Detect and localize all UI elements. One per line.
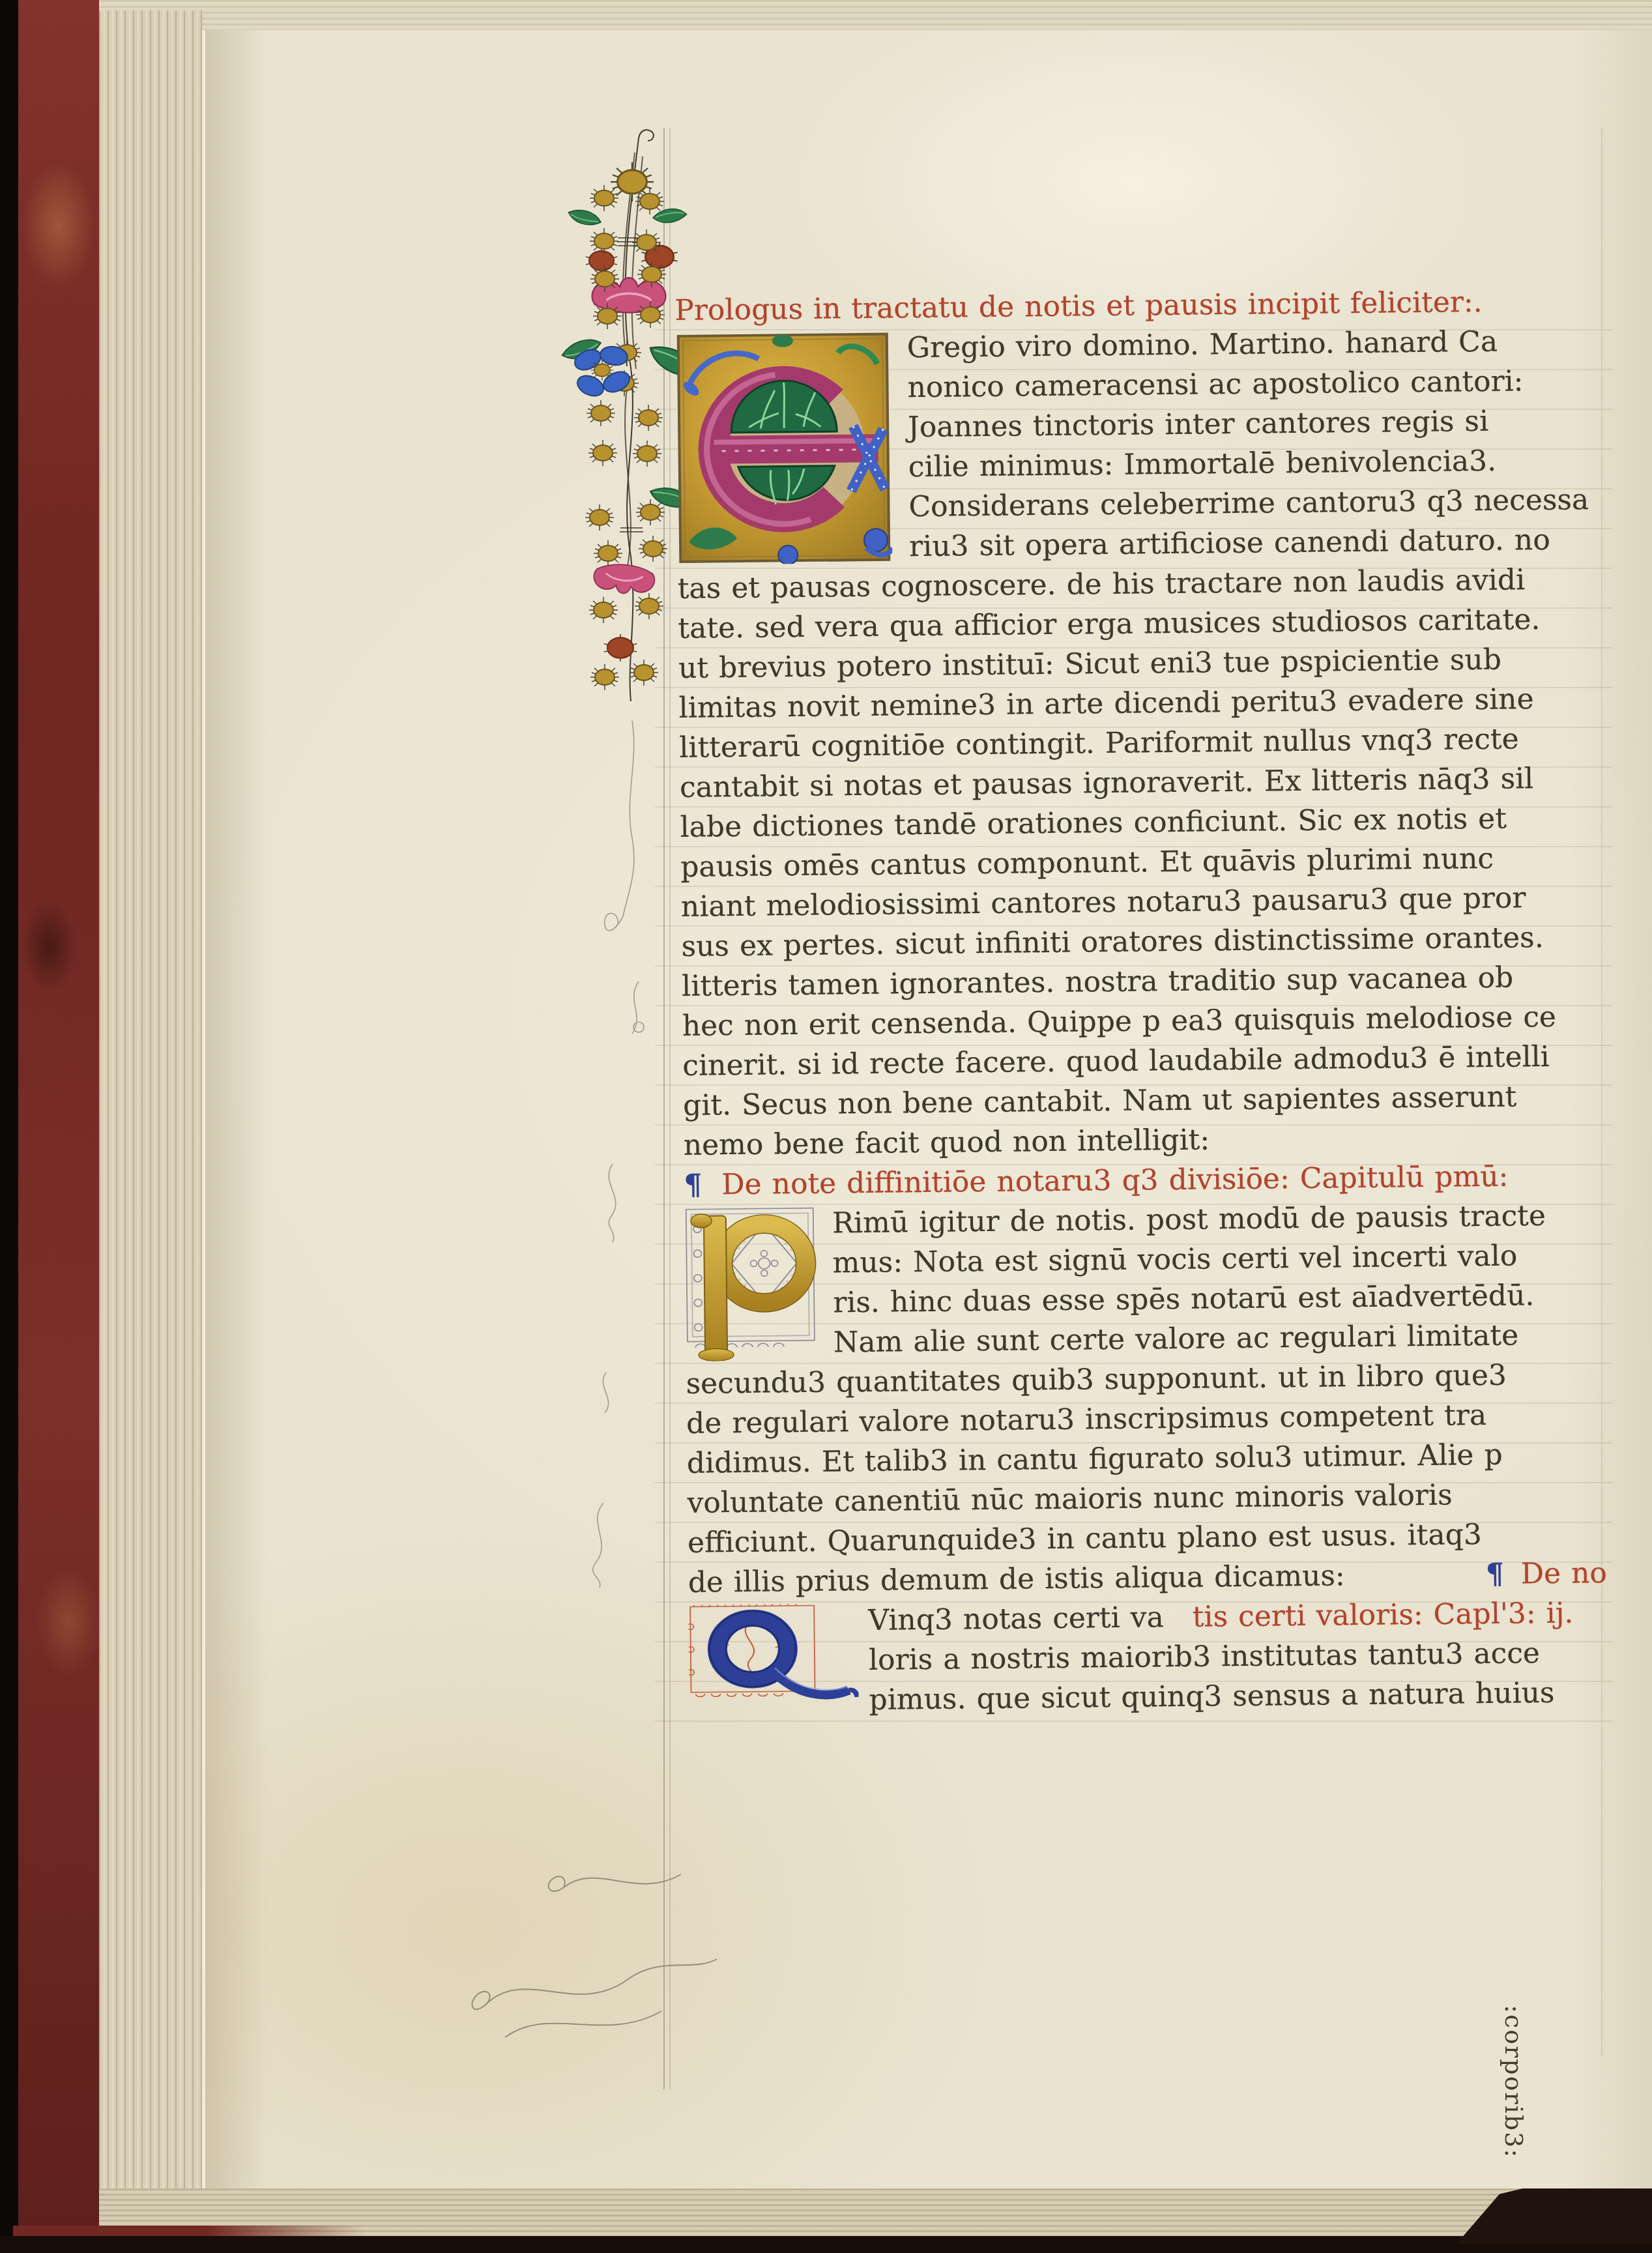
page-top-edges: [99, 0, 1652, 31]
margin-pen-flourish: [541, 721, 704, 1633]
background-bottom: [0, 2236, 1652, 2253]
chapter2-rubric-start: De no: [1520, 1556, 1607, 1590]
text-segment: Vinq3 notas certi va: [868, 1601, 1164, 1637]
illuminated-initial-P: P: [684, 1206, 819, 1361]
text-block: Prologus in tractatu de notis et pausis …: [674, 281, 1621, 1722]
page-left-edges: [99, 10, 202, 2229]
leather-binding: [18, 0, 99, 2253]
text-segment: de illis prius demum de istis aliqua dic…: [688, 1559, 1345, 1599]
chapter1-rubric: De note diffinitiōe notaru3 q3 divisiōe:…: [721, 1160, 1509, 1202]
illuminated-initial-Q: Q: [688, 1603, 859, 1719]
illuminated-initial-E: E: [675, 331, 893, 565]
book-spine-shadow: [0, 0, 18, 2253]
vertical-catchword: :corporib3:: [1500, 2005, 1528, 2159]
chapter2-rubric: tis certi valoris: Capl'3: ij.: [1193, 1597, 1574, 1634]
chapter2-pilcrow: ¶: [1485, 1558, 1504, 1591]
bottom-pen-flourish: [466, 1848, 727, 2070]
chapter1-pilcrow: ¶: [684, 1169, 703, 1202]
manuscript-page: Prologus in tractatu de notis et pausis …: [202, 30, 1652, 2188]
